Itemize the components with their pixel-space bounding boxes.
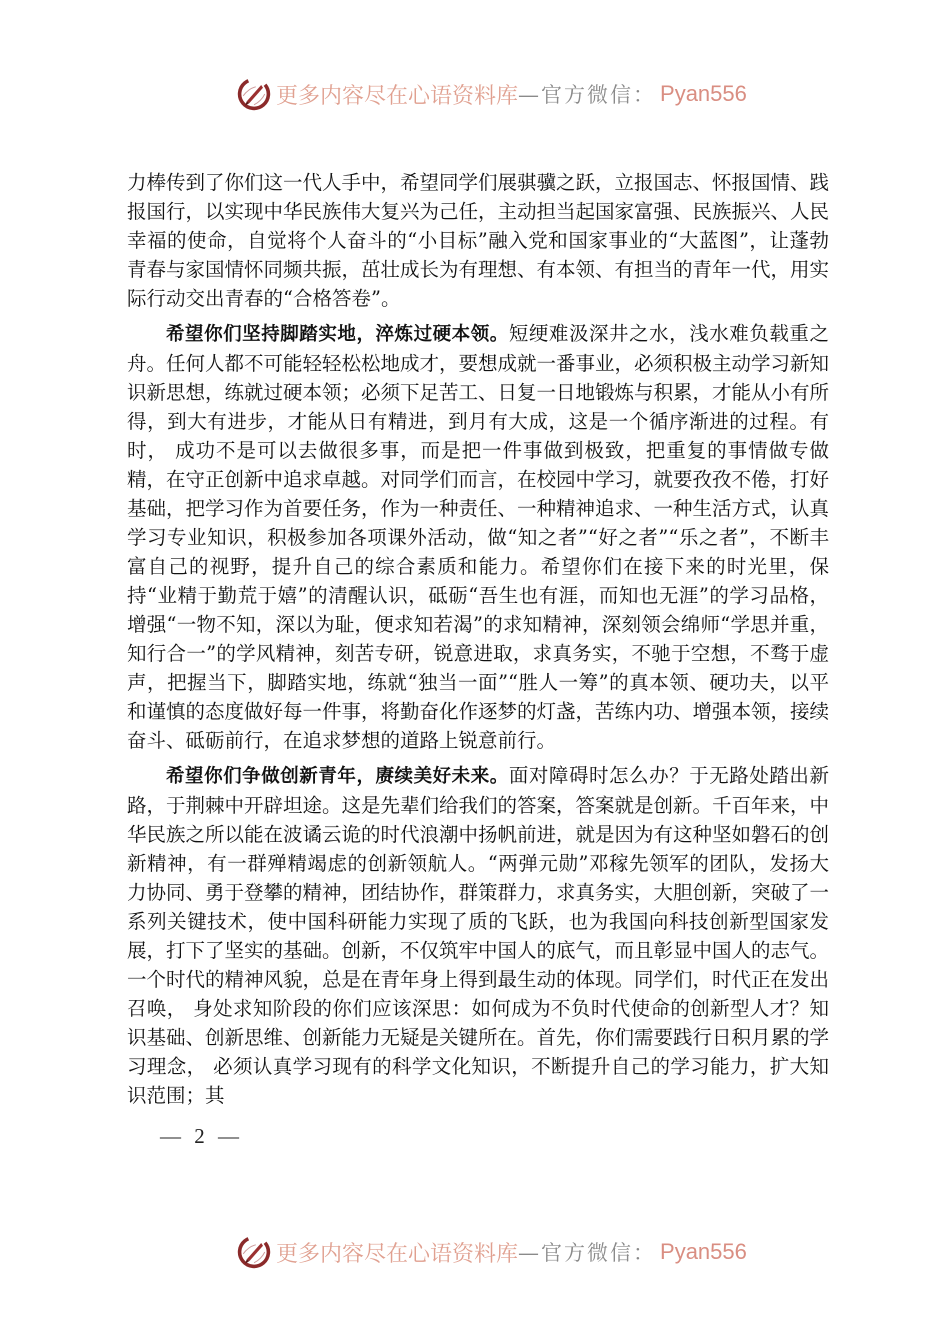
paragraph-1-text: 力棒传到了你们这一代人手中，希望同学们展骐骥之跃，立报国志、怀报国情、践报国行，…: [127, 171, 829, 310]
watermark-separator-text: —官方微信：: [518, 1237, 656, 1267]
watermark-separator-text: —官方微信：: [518, 79, 656, 109]
watermark-header: 更多内容尽在心语资料库 —官方微信： Pyan556: [236, 74, 747, 114]
paragraph-2-text: 短绠难汲深井之水，浅水难负载重之舟。任何人都不可能轻轻松松地成才，要想成就一番事…: [127, 322, 829, 752]
document-body: 力棒传到了你们这一代人手中，希望同学们展骐骥之跃，立报国志、怀报国情、践报国行，…: [127, 168, 829, 1110]
paragraph-2-bold-lead: 希望你们坚持脚踏实地，淬炼过硬本领。: [166, 324, 509, 345]
paragraph-3-text: 面对障碍时怎么办？于无路处踏出新路，于荆棘中开辟坦途。这是先辈们给我们的答案，答…: [127, 764, 829, 1107]
paragraph-2: 希望你们坚持脚踏实地，淬炼过硬本领。短绠难汲深井之水，浅水难负载重之舟。任何人都…: [127, 319, 829, 755]
watermark-wechat-id: Pyan556: [660, 81, 747, 107]
paragraph-3-bold-lead: 希望你们争做创新青年，赓续美好未来。: [166, 766, 509, 787]
watermark-main-text: 更多内容尽在心语资料库: [276, 1237, 518, 1268]
page-number: — 2 —: [160, 1124, 243, 1149]
watermark-footer: 更多内容尽在心语资料库 —官方微信： Pyan556: [236, 1232, 747, 1272]
quill-pen-logo-icon: [236, 1234, 272, 1270]
watermark-wechat-id: Pyan556: [660, 1239, 747, 1265]
paragraph-3: 希望你们争做创新青年，赓续美好未来。面对障碍时怎么办？于无路处踏出新路，于荆棘中…: [127, 761, 829, 1110]
paragraph-1: 力棒传到了你们这一代人手中，希望同学们展骐骥之跃，立报国志、怀报国情、践报国行，…: [127, 168, 829, 313]
watermark-main-text: 更多内容尽在心语资料库: [276, 79, 518, 110]
quill-pen-logo-icon: [236, 76, 272, 112]
